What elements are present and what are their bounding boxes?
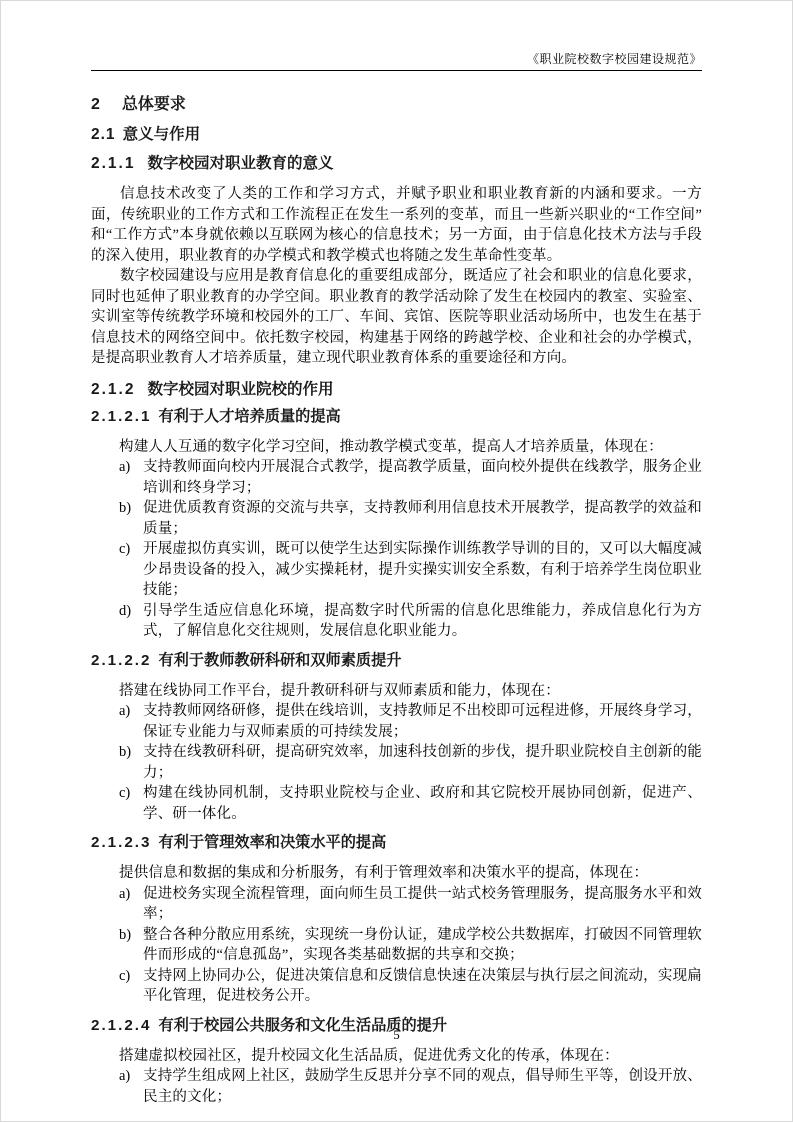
heading-title: 数字校园对职业教育的意义: [147, 155, 333, 172]
heading-number: 2.1.2: [91, 381, 135, 398]
section-intro: 构建人人互通的数字化学习空间，推动教学模式变革，提高人才培养质量，体现在：: [119, 437, 702, 458]
running-header: 《职业院校数字校园建设规范》: [91, 1, 702, 67]
lettered-list: a) 支持教师网络研修，提供在线培训，支持教师足不出校即可远程进修，开展终身学习…: [119, 701, 702, 824]
list-item-text: 开展虚拟仿真实训，既可以使学生达到实际操作训练教学导训的目的，又可以大幅度减少昂…: [143, 539, 702, 601]
list-item-text: 促进校务实现全流程管理，面向师生员工提供一站式校务管理服务，提高服务水平和效率；: [143, 884, 702, 925]
paragraph: 信息技术改变了人类的工作和学习方式，并赋予职业和职业教育新的内涵和要求。一方面，…: [91, 184, 702, 266]
list-item: c) 开展虚拟仿真实训，既可以使学生达到实际操作训练教学导训的目的，又可以大幅度…: [119, 539, 702, 601]
list-marker: a): [119, 884, 143, 925]
heading-title: 有利于教师教研科研和双师素质提升: [158, 652, 401, 669]
heading-number: 2.1.2.3: [91, 834, 151, 851]
list-marker: b): [119, 925, 143, 966]
list-item: c) 支持网上协同办公，促进决策信息和反馈信息快速在决策层与执行层之间流动，实现…: [119, 966, 702, 1007]
heading-2-1-2-2: 2.1.2.2有利于教师教研科研和双师素质提升: [91, 653, 702, 669]
list-item-text: 整合各种分散应用系统，实现统一身份认证，建成学校公共数据库，打破因不同管理软件而…: [143, 925, 702, 966]
list-item-text: 促进优质教育资源的交流与共享，支持教师利用信息技术开展教学，提高教学的效益和质量…: [143, 498, 702, 539]
list-item-text: 构建在线协同机制，支持职业院校与企业、政府和其它院校开展协同创新，促进产、学、研…: [143, 783, 702, 824]
list-item: a) 支持教师网络研修，提供在线培训，支持教师足不出校即可远程进修，开展终身学习…: [119, 701, 702, 742]
list-item-text: 支持网上协同办公，促进决策信息和反馈信息快速在决策层与执行层之间流动，实现扁平化…: [143, 966, 702, 1007]
page-number: 5: [1, 1027, 792, 1043]
header-rule: [91, 70, 702, 71]
lettered-list: a) 支持教师面向校内开展混合式教学，提高教学质量，面向校外提供在线教学，服务企…: [119, 457, 702, 642]
heading-number: 2: [91, 96, 100, 113]
list-marker: a): [119, 701, 143, 742]
list-marker: d): [119, 601, 143, 642]
heading-number: 2.1.1: [91, 155, 135, 172]
list-item: c) 构建在线协同机制，支持职业院校与企业、政府和其它院校开展协同创新，促进产、…: [119, 783, 702, 824]
section-intro: 提供信息和数据的集成和分析服务，有利于管理效率和决策水平的提高，体现在：: [119, 863, 702, 884]
list-item-text: 支持在线教研科研，提高研究效率，加速科技创新的步伐，提升职业院校自主创新的能力；: [143, 742, 702, 783]
heading-2-1-2-1: 2.1.2.1有利于人才培养质量的提高: [91, 409, 702, 425]
list-marker: c): [119, 783, 143, 824]
list-item-text: 引导学生适应信息化环境，提高数字时代所需的信息化思维能力，养成信息化行为方式，了…: [143, 601, 702, 642]
list-item: a) 促进校务实现全流程管理，面向师生员工提供一站式校务管理服务，提高服务水平和…: [119, 884, 702, 925]
heading-chapter-2: 2总体要求: [91, 97, 702, 113]
lettered-list: a) 促进校务实现全流程管理，面向师生员工提供一站式校务管理服务，提高服务水平和…: [119, 884, 702, 1007]
heading-title: 数字校园对职业院校的作用: [147, 381, 333, 398]
paragraph: 数字校园建设与应用是教育信息化的重要组成部分，既适应了社会和职业的信息化要求，同…: [91, 266, 702, 369]
list-marker: b): [119, 498, 143, 539]
heading-number: 2.1.2.2: [91, 652, 151, 669]
list-marker: c): [119, 966, 143, 1007]
list-item-text: 支持教师网络研修，提供在线培训，支持教师足不出校即可远程进修，开展终身学习，保证…: [143, 701, 702, 742]
doc-title: 《职业院校数字校园建设规范》: [527, 52, 702, 66]
heading-title: 总体要求: [122, 96, 186, 113]
list-marker: a): [119, 1066, 143, 1107]
heading-2-1-2: 2.1.2数字校园对职业院校的作用: [91, 382, 702, 398]
section-intro: 搭建在线协同工作平台，提升教研科研与双师素质和能力，体现在：: [119, 681, 702, 702]
list-item: b) 整合各种分散应用系统，实现统一身份认证，建成学校公共数据库，打破因不同管理…: [119, 925, 702, 966]
heading-2-1: 2.1意义与作用: [91, 127, 702, 143]
list-item-text: 支持教师面向校内开展混合式教学，提高教学质量，面向校外提供在线教学，服务企业培训…: [143, 457, 702, 498]
heading-title: 有利于人才培养质量的提高: [158, 408, 340, 425]
list-item-text: 支持学生组成网上社区，鼓励学生反思并分享不同的观点，倡导师生平等，创设开放、民主…: [143, 1066, 702, 1107]
list-marker: a): [119, 457, 143, 498]
heading-2-1-2-3: 2.1.2.3有利于管理效率和决策水平的提高: [91, 835, 702, 851]
list-item: a) 支持学生组成网上社区，鼓励学生反思并分享不同的观点，倡导师生平等，创设开放…: [119, 1066, 702, 1107]
heading-2-1-1: 2.1.1数字校园对职业教育的意义: [91, 156, 702, 172]
document-page: 《职业院校数字校园建设规范》 2总体要求 2.1意义与作用 2.1.1数字校园对…: [0, 0, 793, 1122]
list-item: b) 促进优质教育资源的交流与共享，支持教师利用信息技术开展教学，提高教学的效益…: [119, 498, 702, 539]
heading-title: 意义与作用: [123, 126, 201, 143]
list-item: a) 支持教师面向校内开展混合式教学，提高教学质量，面向校外提供在线教学，服务企…: [119, 457, 702, 498]
heading-title: 有利于管理效率和决策水平的提高: [158, 834, 386, 851]
list-marker: b): [119, 742, 143, 783]
list-marker: c): [119, 539, 143, 601]
page-content: 《职业院校数字校园建设规范》 2总体要求 2.1意义与作用 2.1.1数字校园对…: [91, 1, 702, 1107]
heading-number: 2.1.2.1: [91, 408, 151, 425]
list-item: b) 支持在线教研科研，提高研究效率，加速科技创新的步伐，提升职业院校自主创新的…: [119, 742, 702, 783]
list-item: d) 引导学生适应信息化环境，提高数字时代所需的信息化思维能力，养成信息化行为方…: [119, 601, 702, 642]
lettered-list: a) 支持学生组成网上社区，鼓励学生反思并分享不同的观点，倡导师生平等，创设开放…: [119, 1066, 702, 1107]
section-intro: 搭建虚拟校园社区，提升校园文化生活品质，促进优秀文化的传承，体现在：: [119, 1046, 702, 1067]
heading-number: 2.1: [91, 126, 116, 143]
